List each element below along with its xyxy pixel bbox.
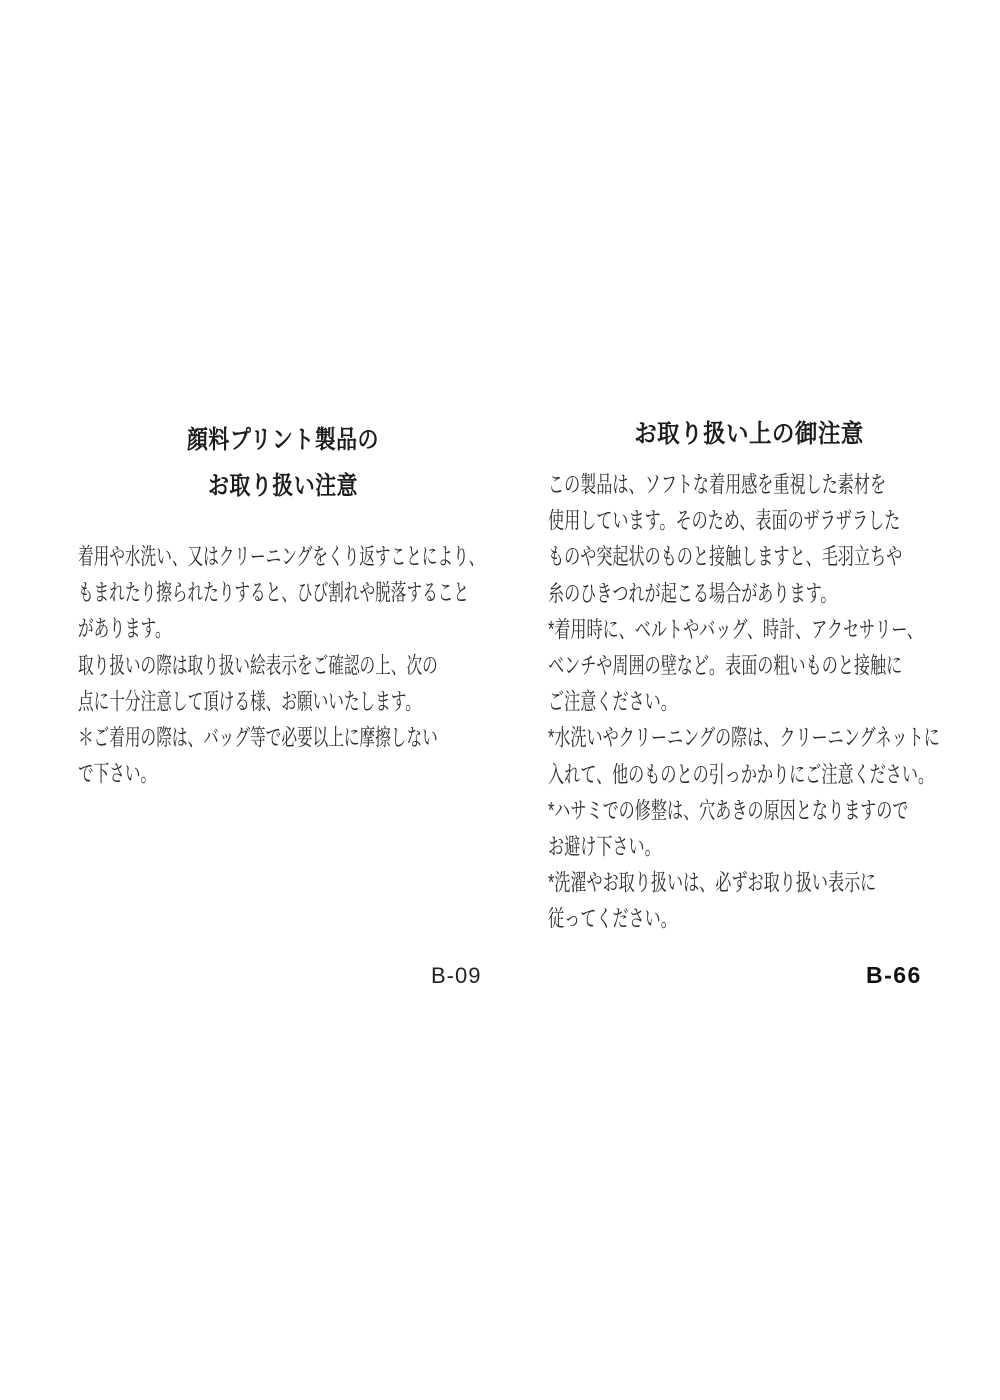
left-body-line: 点に十分注意して頂ける様、お願いいたします。 [78,683,484,719]
product-code-left: B-09 [431,963,481,989]
left-column-body: 着用や水洗い、又はクリーニングをくり返すことにより、 もまれたり擦られたりすると… [78,538,484,791]
right-body-line: *水洗いやクリーニングの際は、クリーニングネットに [548,719,940,755]
right-body-line: *着用時に、ベルトやバッグ、時計、アクセサリー、 [548,611,940,647]
right-body-line: 糸のひきつれが起こる場合があります。 [548,575,940,611]
left-column-title: 顔料プリント製品の お取り扱い注意 [111,417,455,509]
left-body-line: があります。 [78,610,484,646]
right-body-line: ご注意ください。 [548,683,940,719]
left-body-line: もまれたり擦られたりすると、ひび割れや脱落すること [78,574,484,610]
right-body-line: ものや突起状のものと接触しますと、毛羽立ちや [548,538,940,574]
left-title-line-2: お取り扱い注意 [208,472,358,500]
right-column-title: お取り扱い上の御注意 [568,418,930,451]
right-body-line: 入れて、他のものとの引っかかりにご注意ください。 [548,756,940,792]
left-body-line: で下さい。 [78,755,484,791]
right-body-line: *ハサミでの修整は、穴あきの原因となりますので [548,792,940,828]
right-body-line: *洗濯やお取り扱いは、必ずお取り扱い表示に [548,864,940,900]
right-body-line: この製品は、ソフトな着用感を重視した素材を [548,466,940,502]
right-body-line: ベンチや周囲の壁など。表面の粗いものと接触に [548,647,940,683]
right-body-line: お避け下さい。 [548,828,940,864]
left-title-line-1: 顔料プリント製品の [187,426,379,454]
right-body-line: 従ってください。 [548,900,940,936]
care-instruction-sheet: 顔料プリント製品の お取り扱い注意 着用や水洗い、又はクリーニングをくり返すこと… [0,0,1000,1400]
product-code-right: B-66 [866,962,922,989]
left-body-line: 着用や水洗い、又はクリーニングをくり返すことにより、 [78,538,484,574]
right-body-line: 使用しています。そのため、表面のザラザラした [548,502,940,538]
right-column-body: この製品は、ソフトな着用感を重視した素材を 使用しています。そのため、表面のザラ… [548,466,940,937]
left-body-line: ＊ご着用の際は、バッグ等で必要以上に摩擦しない [78,719,484,755]
right-title-text: お取り扱い上の御注意 [634,420,864,448]
left-body-line: 取り扱いの際は取り扱い絵表示をご確認の上、次の [78,647,484,683]
